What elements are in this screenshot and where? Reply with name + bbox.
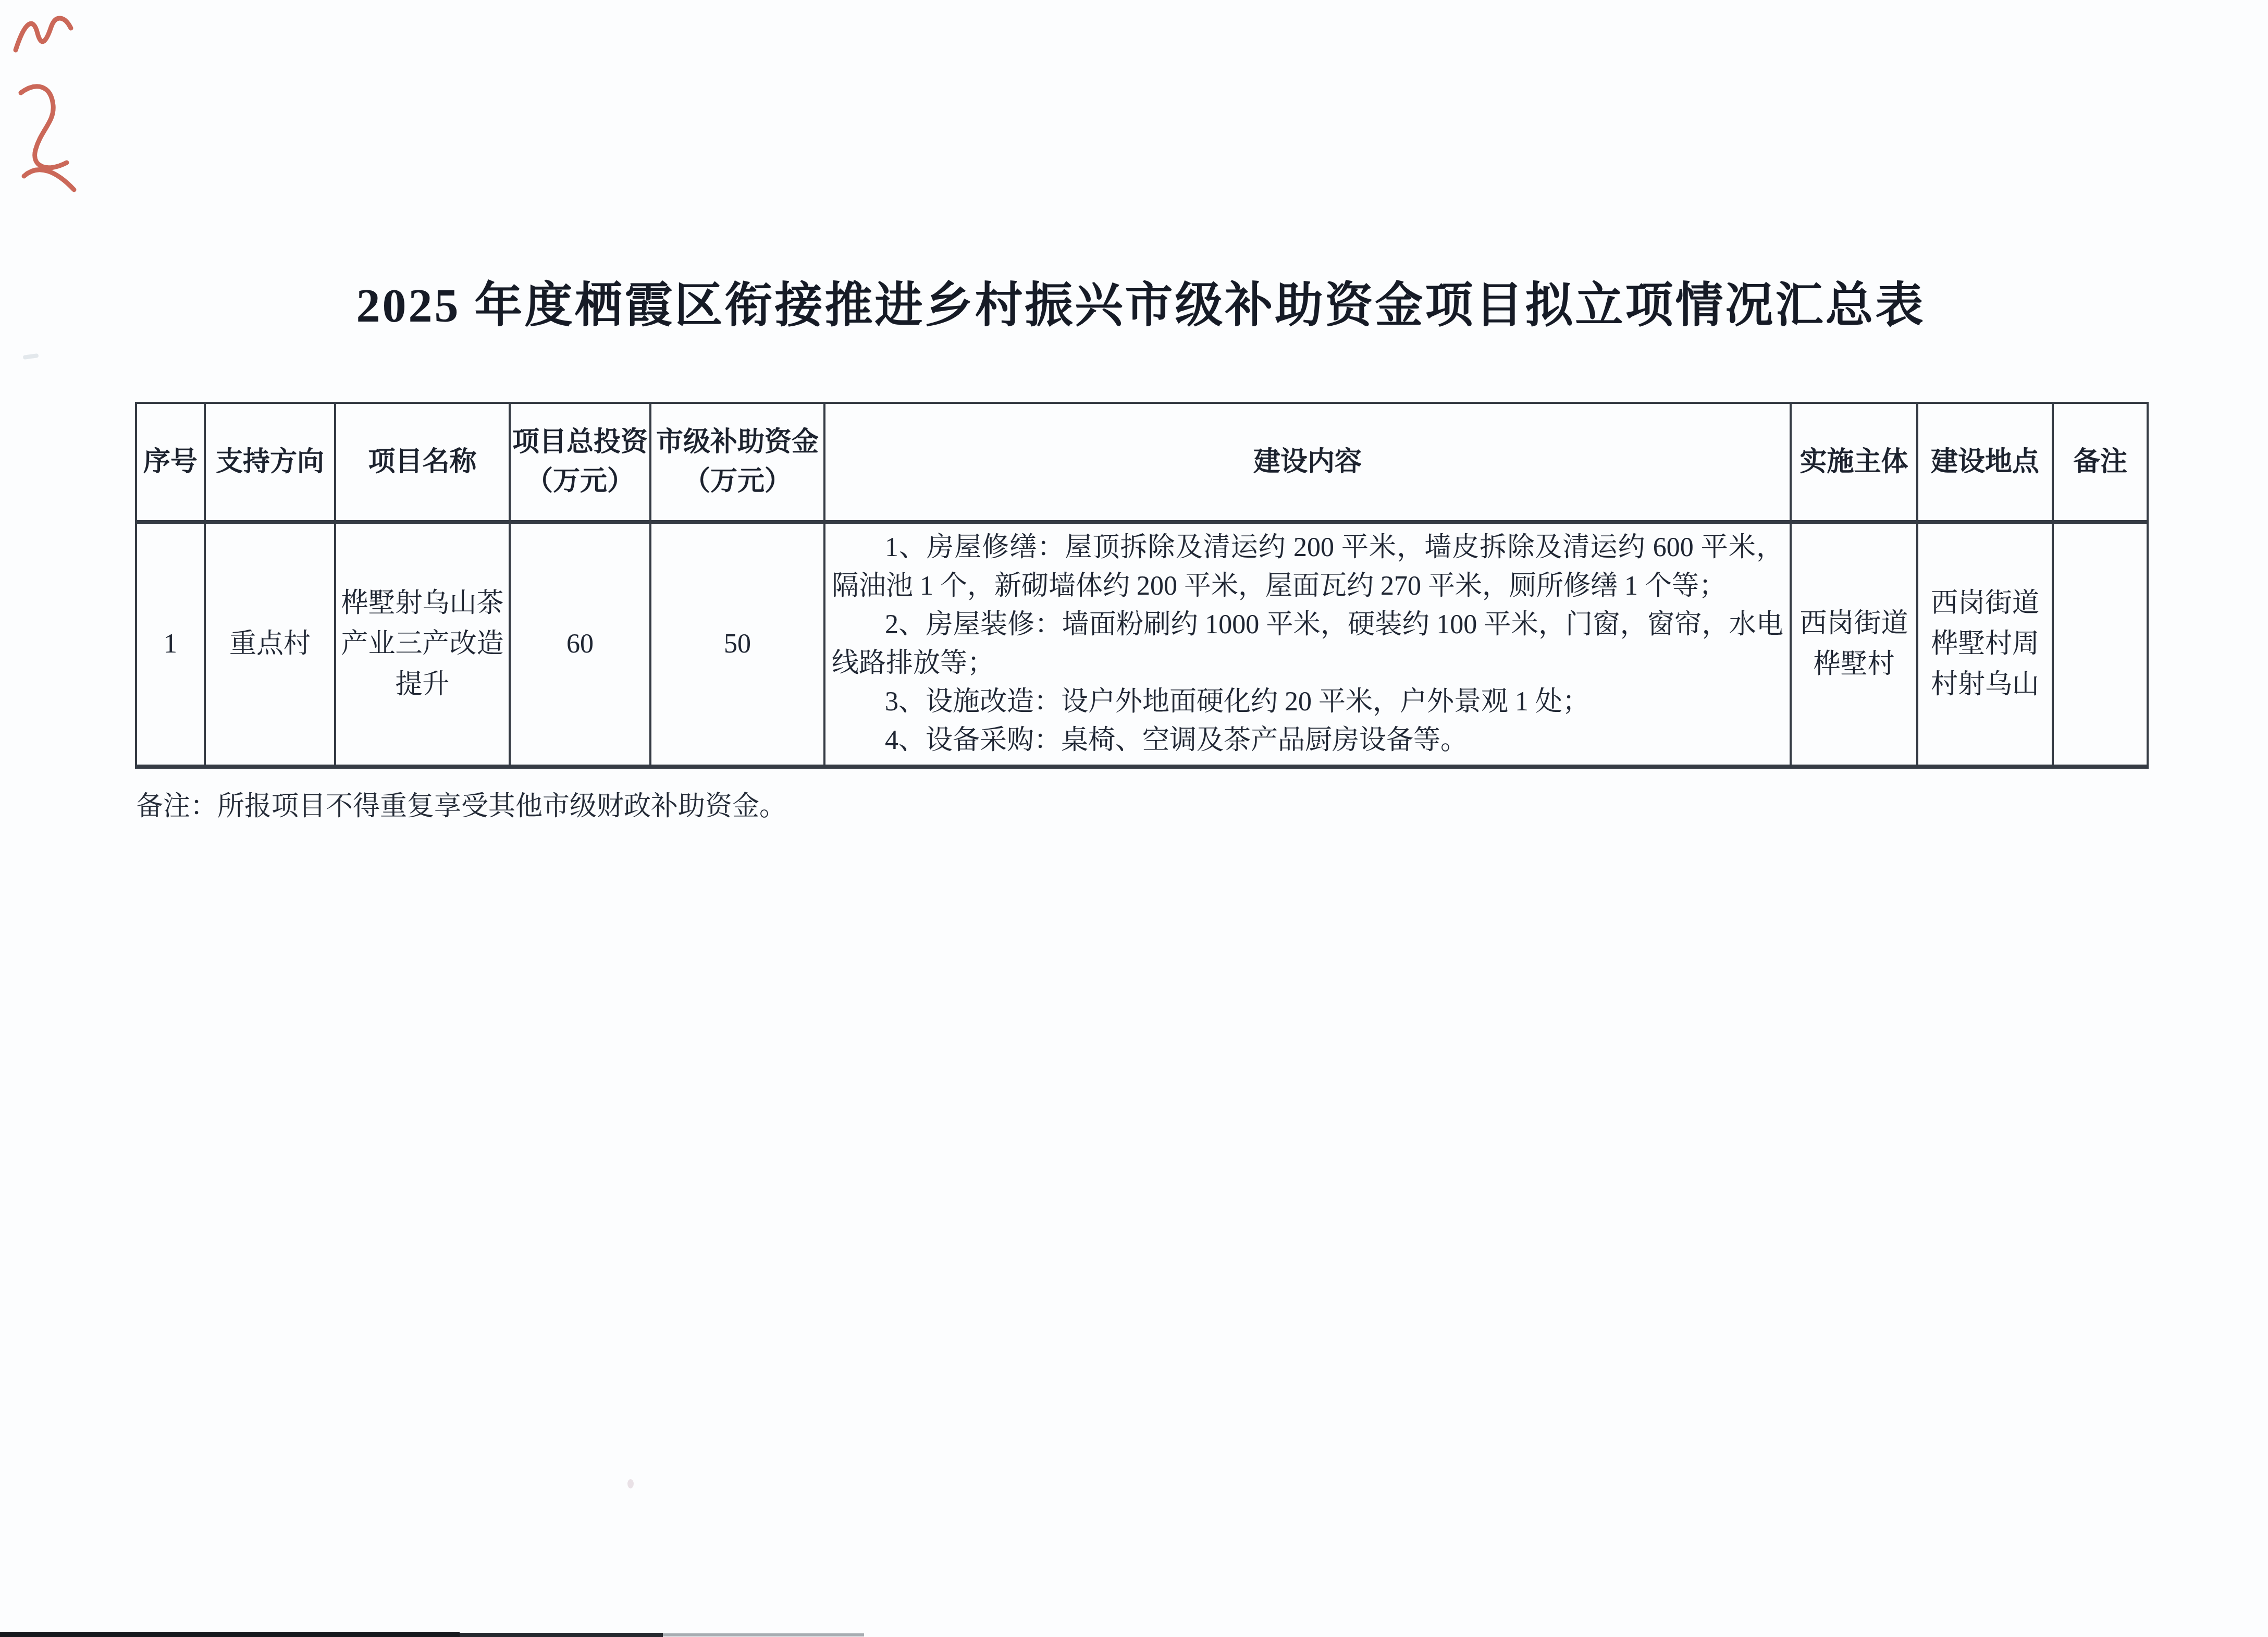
col-header-label: 市级补助资金 (651, 423, 823, 462)
col-header-sublabel: （万元） (651, 462, 823, 501)
cell-construction-content: 1、房屋修缮：屋顶拆除及清运约 200 平米，墙皮拆除及清运约 600 平米，隔… (824, 522, 1791, 767)
cell-total-investment: 60 (510, 522, 650, 767)
col-header-label: 实施主体 (1792, 442, 1916, 482)
document-page: 2025 年度栖霞区衔接推进乡村振兴市级补助资金项目拟立项情况汇总表 序号 支持… (0, 0, 2268, 1637)
summary-table: 序号 支持方向 项目名称 项目总投资 （万元） 市级补助资金 （万元） 建设内容 (135, 402, 2149, 769)
col-header-implementing-body: 实施主体 (1791, 403, 1917, 522)
cell-seq: 1 (136, 522, 205, 767)
col-header-municipal-subsidy: 市级补助资金 （万元） (650, 403, 824, 522)
col-header-label: 项目总投资 (511, 423, 649, 462)
col-header-label: 建设内容 (825, 442, 1790, 482)
col-header-seq: 序号 (136, 403, 205, 522)
scan-edge-bar (0, 1632, 460, 1637)
col-header-project-name: 项目名称 (335, 403, 510, 522)
col-header-label: 建设地点 (1918, 442, 2052, 482)
col-header-sublabel: （万元） (511, 462, 649, 501)
col-header-construction-content: 建设内容 (824, 403, 1791, 522)
col-header-support-direction: 支持方向 (205, 403, 335, 522)
scan-speck (627, 1479, 634, 1488)
cell-construction-site: 西岗街道桦墅村周村射乌山 (1917, 522, 2053, 767)
table-row: 1 重点村 桦墅射乌山茶产业三产改造提升 60 50 1、房屋修缮：屋顶拆除及清… (136, 522, 2148, 767)
cell-support-direction: 重点村 (205, 522, 335, 767)
scan-edge-bar (663, 1633, 864, 1636)
col-header-construction-site: 建设地点 (1917, 403, 2053, 522)
scan-edge-bar (460, 1633, 663, 1637)
page-title: 2025 年度栖霞区衔接推进乡村振兴市级补助资金项目拟立项情况汇总表 (135, 278, 2147, 334)
cell-remarks (2053, 522, 2148, 767)
col-header-remarks: 备注 (2053, 403, 2148, 522)
red-ink-mark (3, 3, 113, 212)
table-header-row: 序号 支持方向 项目名称 项目总投资 （万元） 市级补助资金 （万元） 建设内容 (136, 403, 2148, 522)
footnote: 备注：所报项目不得重复享受其他市级财政补助资金。 (136, 788, 786, 826)
col-header-label: 项目名称 (336, 442, 509, 482)
construction-content-paragraphs: 1、房屋修缮：屋顶拆除及清运约 200 平米，墙皮拆除及清运约 600 平米，隔… (832, 528, 1783, 760)
scan-speck (23, 353, 39, 360)
cell-project-name: 桦墅射乌山茶产业三产改造提升 (335, 522, 510, 767)
col-header-label: 序号 (137, 442, 204, 482)
col-header-label: 备注 (2054, 442, 2147, 482)
col-header-label: 支持方向 (206, 442, 334, 482)
cell-implementing-body: 西岗街道桦墅村 (1791, 522, 1917, 767)
col-header-total-investment: 项目总投资 （万元） (510, 403, 650, 522)
cell-municipal-subsidy: 50 (650, 522, 824, 767)
